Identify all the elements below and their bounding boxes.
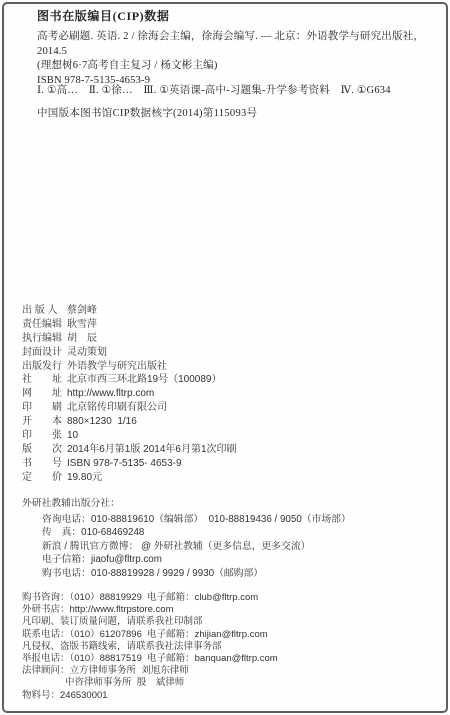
service-line: 购书咨询：（010）88819929 电子邮箱：club@fltrp.com bbox=[22, 592, 278, 604]
publication-row: 责任编辑 耿雪萍 bbox=[22, 318, 237, 332]
service-info: 购书咨询：（010）88819929 电子邮箱：club@fltrp.com 外… bbox=[22, 592, 278, 702]
branch-line: 新浪 / 腾讯官方微博： @ 外研社教辅（更多信息，更多交流） bbox=[42, 540, 351, 553]
service-line: 凡侵权、盗版书籍线索，请联系我社法律事务部 bbox=[22, 641, 278, 653]
row-value: 耿雪萍 bbox=[67, 318, 97, 332]
row-value: 19.80元 bbox=[67, 471, 102, 485]
row-label: 封面设计 bbox=[22, 346, 67, 360]
row-label: 出 版 人 bbox=[22, 304, 67, 318]
row-label: 社 址 bbox=[22, 373, 67, 387]
row-value: 蔡剑峰 bbox=[67, 304, 97, 318]
cip-description-line: (理想树6·7高考自主复习 / 杨文彬主编) bbox=[37, 59, 432, 74]
branch-lines: 咨询电话：010-88819610（编辑部） 010-88819436 / 90… bbox=[42, 513, 351, 580]
service-line-legal-2: 中咨律师事务所 殷 斌律师 bbox=[22, 677, 278, 689]
publication-row: 印 刷 北京铭传印刷有限公司 bbox=[22, 401, 237, 415]
branch-line: 电子信箱：jiaofu@fltrp.com bbox=[42, 553, 351, 566]
service-line: 凡印刷、装订质量问题，请联系我社印制部 bbox=[22, 616, 278, 628]
row-label: 责任编辑 bbox=[22, 318, 67, 332]
row-label: 印 刷 bbox=[22, 401, 67, 415]
cip-record-number: 中国版本图书馆CIP数据核字(2014)第115093号 bbox=[37, 105, 437, 120]
publication-row: 封面设计 灵动策划 bbox=[22, 346, 237, 360]
cip-title: 图书在版编目(CIP)数据 bbox=[37, 7, 169, 24]
publication-row: 执行编辑 胡 辰 bbox=[22, 332, 237, 346]
row-label: 印 张 bbox=[22, 429, 67, 443]
row-value: 胡 辰 bbox=[67, 332, 97, 346]
branch-line: 购书电话：010-88819928 / 9929 / 9930（邮购部） bbox=[42, 567, 351, 580]
publication-row: 印 张 10 bbox=[22, 429, 237, 443]
row-value: 2014年6月第1版 2014年6月第1次印刷 bbox=[67, 443, 237, 457]
publication-row: 出 版 人 蔡剑峰 bbox=[22, 304, 237, 318]
publication-row: 定 价 19.80元 bbox=[22, 471, 237, 485]
publication-row: 版 次 2014年6月第1版 2014年6月第1次印刷 bbox=[22, 443, 237, 457]
row-value: ISBN 978-7-5135- 4653-9 bbox=[67, 457, 182, 471]
service-line: 外研书店：http://www.fltrpstore.com bbox=[22, 604, 278, 616]
branch-line: 咨询电话：010-88819610（编辑部） 010-88819436 / 90… bbox=[42, 513, 351, 526]
publication-row: 开 本 880×1230 1/16 bbox=[22, 415, 237, 429]
cip-classification: Ⅰ. ①高… Ⅱ. ①徐… Ⅲ. ①英语课-高中-习题集-升学参考资料 Ⅳ. ①… bbox=[37, 82, 437, 97]
row-label: 开 本 bbox=[22, 415, 67, 429]
copyright-page: 图书在版编目(CIP)数据 高考必刷题. 英语. 2 / 徐海会主编，徐海会编写… bbox=[0, 0, 450, 715]
row-value: 灵动策划 bbox=[67, 346, 107, 360]
publication-row: 网 址 http://www.fltrp.com bbox=[22, 387, 237, 401]
row-label: 书 号 bbox=[22, 457, 67, 471]
service-line: 联系电话：（010）61207896 电子邮箱：zhijian@fltrp.co… bbox=[22, 629, 278, 641]
publication-row: 出版发行 外语教学与研究出版社 bbox=[22, 360, 237, 374]
row-label: 出版发行 bbox=[22, 360, 67, 374]
row-value: 外语教学与研究出版社 bbox=[67, 360, 167, 374]
row-label: 执行编辑 bbox=[22, 332, 67, 346]
row-value: 北京市西三环北路19号（100089） bbox=[67, 373, 222, 387]
cip-description: 高考必刷题. 英语. 2 / 徐海会主编，徐海会编写. — 北京：外语教学与研究… bbox=[37, 30, 432, 88]
row-value: 北京铭传印刷有限公司 bbox=[67, 401, 167, 415]
row-label: 定 价 bbox=[22, 471, 67, 485]
row-value: 10 bbox=[67, 429, 78, 443]
row-label: 网 址 bbox=[22, 387, 67, 401]
service-line: 举报电话：（010）88817519 电子邮箱：banquan@fltrp.co… bbox=[22, 653, 278, 665]
material-number: 物料号：246530001 bbox=[22, 690, 278, 702]
branch-heading: 外研社教辅出版分社： bbox=[22, 497, 351, 510]
row-value: http://www.fltrp.com bbox=[67, 387, 154, 401]
row-label: 版 次 bbox=[22, 443, 67, 457]
row-value: 880×1230 1/16 bbox=[67, 415, 137, 429]
branch-contact: 外研社教辅出版分社： 咨询电话：010-88819610（编辑部） 010-88… bbox=[22, 497, 351, 580]
publication-info: 出 版 人 蔡剑峰 责任编辑 耿雪萍 执行编辑 胡 辰 封面设计 灵动策划 出版… bbox=[22, 304, 237, 485]
cip-description-line: 高考必刷题. 英语. 2 / 徐海会主编，徐海会编写. — 北京：外语教学与研究… bbox=[37, 30, 432, 59]
publication-row: 社 址 北京市西三环北路19号（100089） bbox=[22, 373, 237, 387]
branch-line: 传 真：010-68469248 bbox=[42, 526, 351, 539]
publication-row: 书 号 ISBN 978-7-5135- 4653-9 bbox=[22, 457, 237, 471]
service-line: 法律顾问：立方律师事务所 刘旭东律师 bbox=[22, 665, 278, 677]
